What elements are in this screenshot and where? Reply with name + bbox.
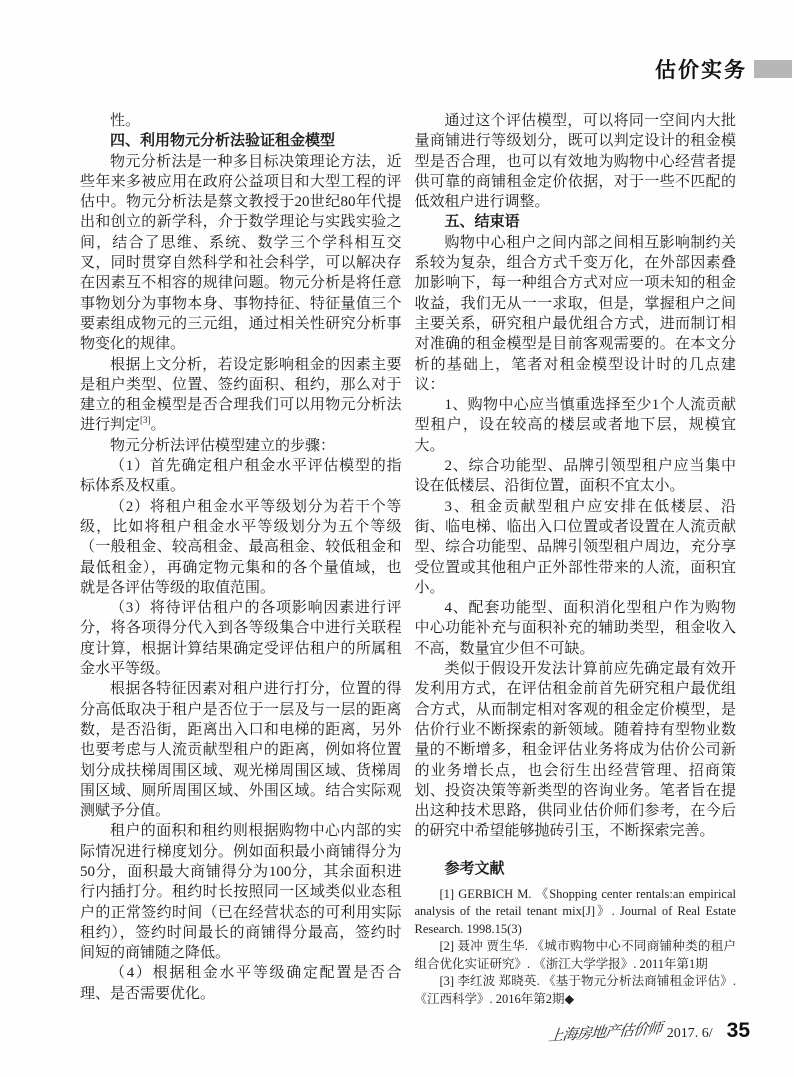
right-column: 通过这个评估模型，可以将同一空间内大批量商铺进行等级划分，既可以判定设计的租金模… xyxy=(415,111,737,1008)
paragraph-step3: （3）将待评估租户的各项影响因素进行评分，将各项得分代入到各等级集合中进行关联程… xyxy=(80,598,402,679)
section-label: 估价实务 xyxy=(655,54,747,84)
left-column: 性。 四、利用物元分析法验证租金模型 物元分析法是一种多目标决策理论方法，近些年… xyxy=(80,111,402,1008)
section4-heading: 四、利用物元分析法验证租金模型 xyxy=(80,131,402,151)
journal-logo: 上海房地产估价师 xyxy=(547,1017,662,1046)
paragraph-step4: （4）根据租金水平等级确定配置是否合理、是否需要优化。 xyxy=(80,963,402,1004)
paragraph-suggestion3: 3、租金贡献型租户应安排在低楼层、沿街、临电梯、临出入口位置或者设置在人流贡献型… xyxy=(415,497,737,598)
page-number: 35 xyxy=(727,1019,750,1043)
paragraph-suggestion1: 1、购物中心应当慎重选择至少1个人流贡献型租户，设在较高的楼层或者地下层，规模宜… xyxy=(415,395,737,456)
paragraph-scoring-area: 租户的面积和租约则根据购物中心内部的实际情况进行梯度划分。例如面积最小商铺得分为… xyxy=(80,821,402,963)
reference-item-1: [1] GERBICH M. 《Shopping center rentals:… xyxy=(415,886,737,939)
article-body: 性。 四、利用物元分析法验证租金模型 物元分析法是一种多目标决策理论方法，近些年… xyxy=(80,111,736,1008)
header-bar-decoration xyxy=(754,60,792,78)
paragraph-steps-intro: 物元分析法评估模型建立的步骤： xyxy=(80,436,402,456)
paragraph-rent-factors-text: 根据上文分析，若设定影响租金的因素主要是租户类型、位置、签约面积、租约，那么对于… xyxy=(80,357,402,434)
references-section: 参考文献 [1] GERBICH M. 《Shopping center ren… xyxy=(415,858,737,1009)
page-header: 估价实务 xyxy=(655,54,794,84)
paragraph-conclusion-intro: 购物中心租户之间内部之间相互影响制约关系较为复杂，组合方式千变万化，在外部因素叠… xyxy=(415,233,737,395)
reference-item-3: [3] 李红波 郑晓英. 《基于物元分析法商铺租金评估》. 《江西科学》. 20… xyxy=(415,973,737,1008)
issue-date: 2017. 6/ xyxy=(667,1026,713,1042)
paragraph-outlook: 类似于假设开发法计算前应先确定最有效开发利用方式，在评估租金前首先研究租户最优组… xyxy=(415,659,737,842)
citation-superscript: [3] xyxy=(140,415,151,425)
page-footer: 上海房地产估价师 2017. 6/ 35 xyxy=(549,1019,750,1043)
carryover-fragment: 性。 xyxy=(80,111,402,131)
section5-heading: 五、结束语 xyxy=(415,212,737,232)
paragraph-model-benefit: 通过这个评估模型，可以将同一空间内大批量商铺进行等级划分，既可以判定设计的租金模… xyxy=(415,111,737,212)
paragraph-suggestion2: 2、综合功能型、品牌引领型租户应当集中设在低楼层、沿街位置，面积不宜太小。 xyxy=(415,456,737,497)
paragraph-rent-factors-period: 。 xyxy=(151,417,166,433)
reference-item-2: [2] 聂冲 贾生华. 《城市购物中心不同商铺种类的租户组合优化实证研究》. 《… xyxy=(415,938,737,973)
journal-page: 估价实务 性。 四、利用物元分析法验证租金模型 物元分析法是一种多目标决策理论方… xyxy=(0,0,794,1077)
paragraph-method-intro: 物元分析法是一种多目标决策理论方法，近些年来多被应用在政府公益项目和大型工程的评… xyxy=(80,152,402,355)
paragraph-step1: （1）首先确定租户租金水平评估模型的指标体系及权重。 xyxy=(80,456,402,497)
paragraph-suggestion4: 4、配套功能型、面积消化型租户作为购物中心功能补充与面积补充的辅助类型，租金收入… xyxy=(415,598,737,659)
paragraph-scoring-position: 根据各特征因素对租户进行打分，位置的得分高低取决于租户是否位于一层及与一层的距离… xyxy=(80,679,402,821)
paragraph-rent-factors: 根据上文分析，若设定影响租金的因素主要是租户类型、位置、签约面积、租约，那么对于… xyxy=(80,355,402,436)
references-heading: 参考文献 xyxy=(415,858,737,880)
paragraph-step2: （2）将租户租金水平等级划分为若干个等级，比如将租户租金水平等级划分为五个等级（… xyxy=(80,497,402,598)
